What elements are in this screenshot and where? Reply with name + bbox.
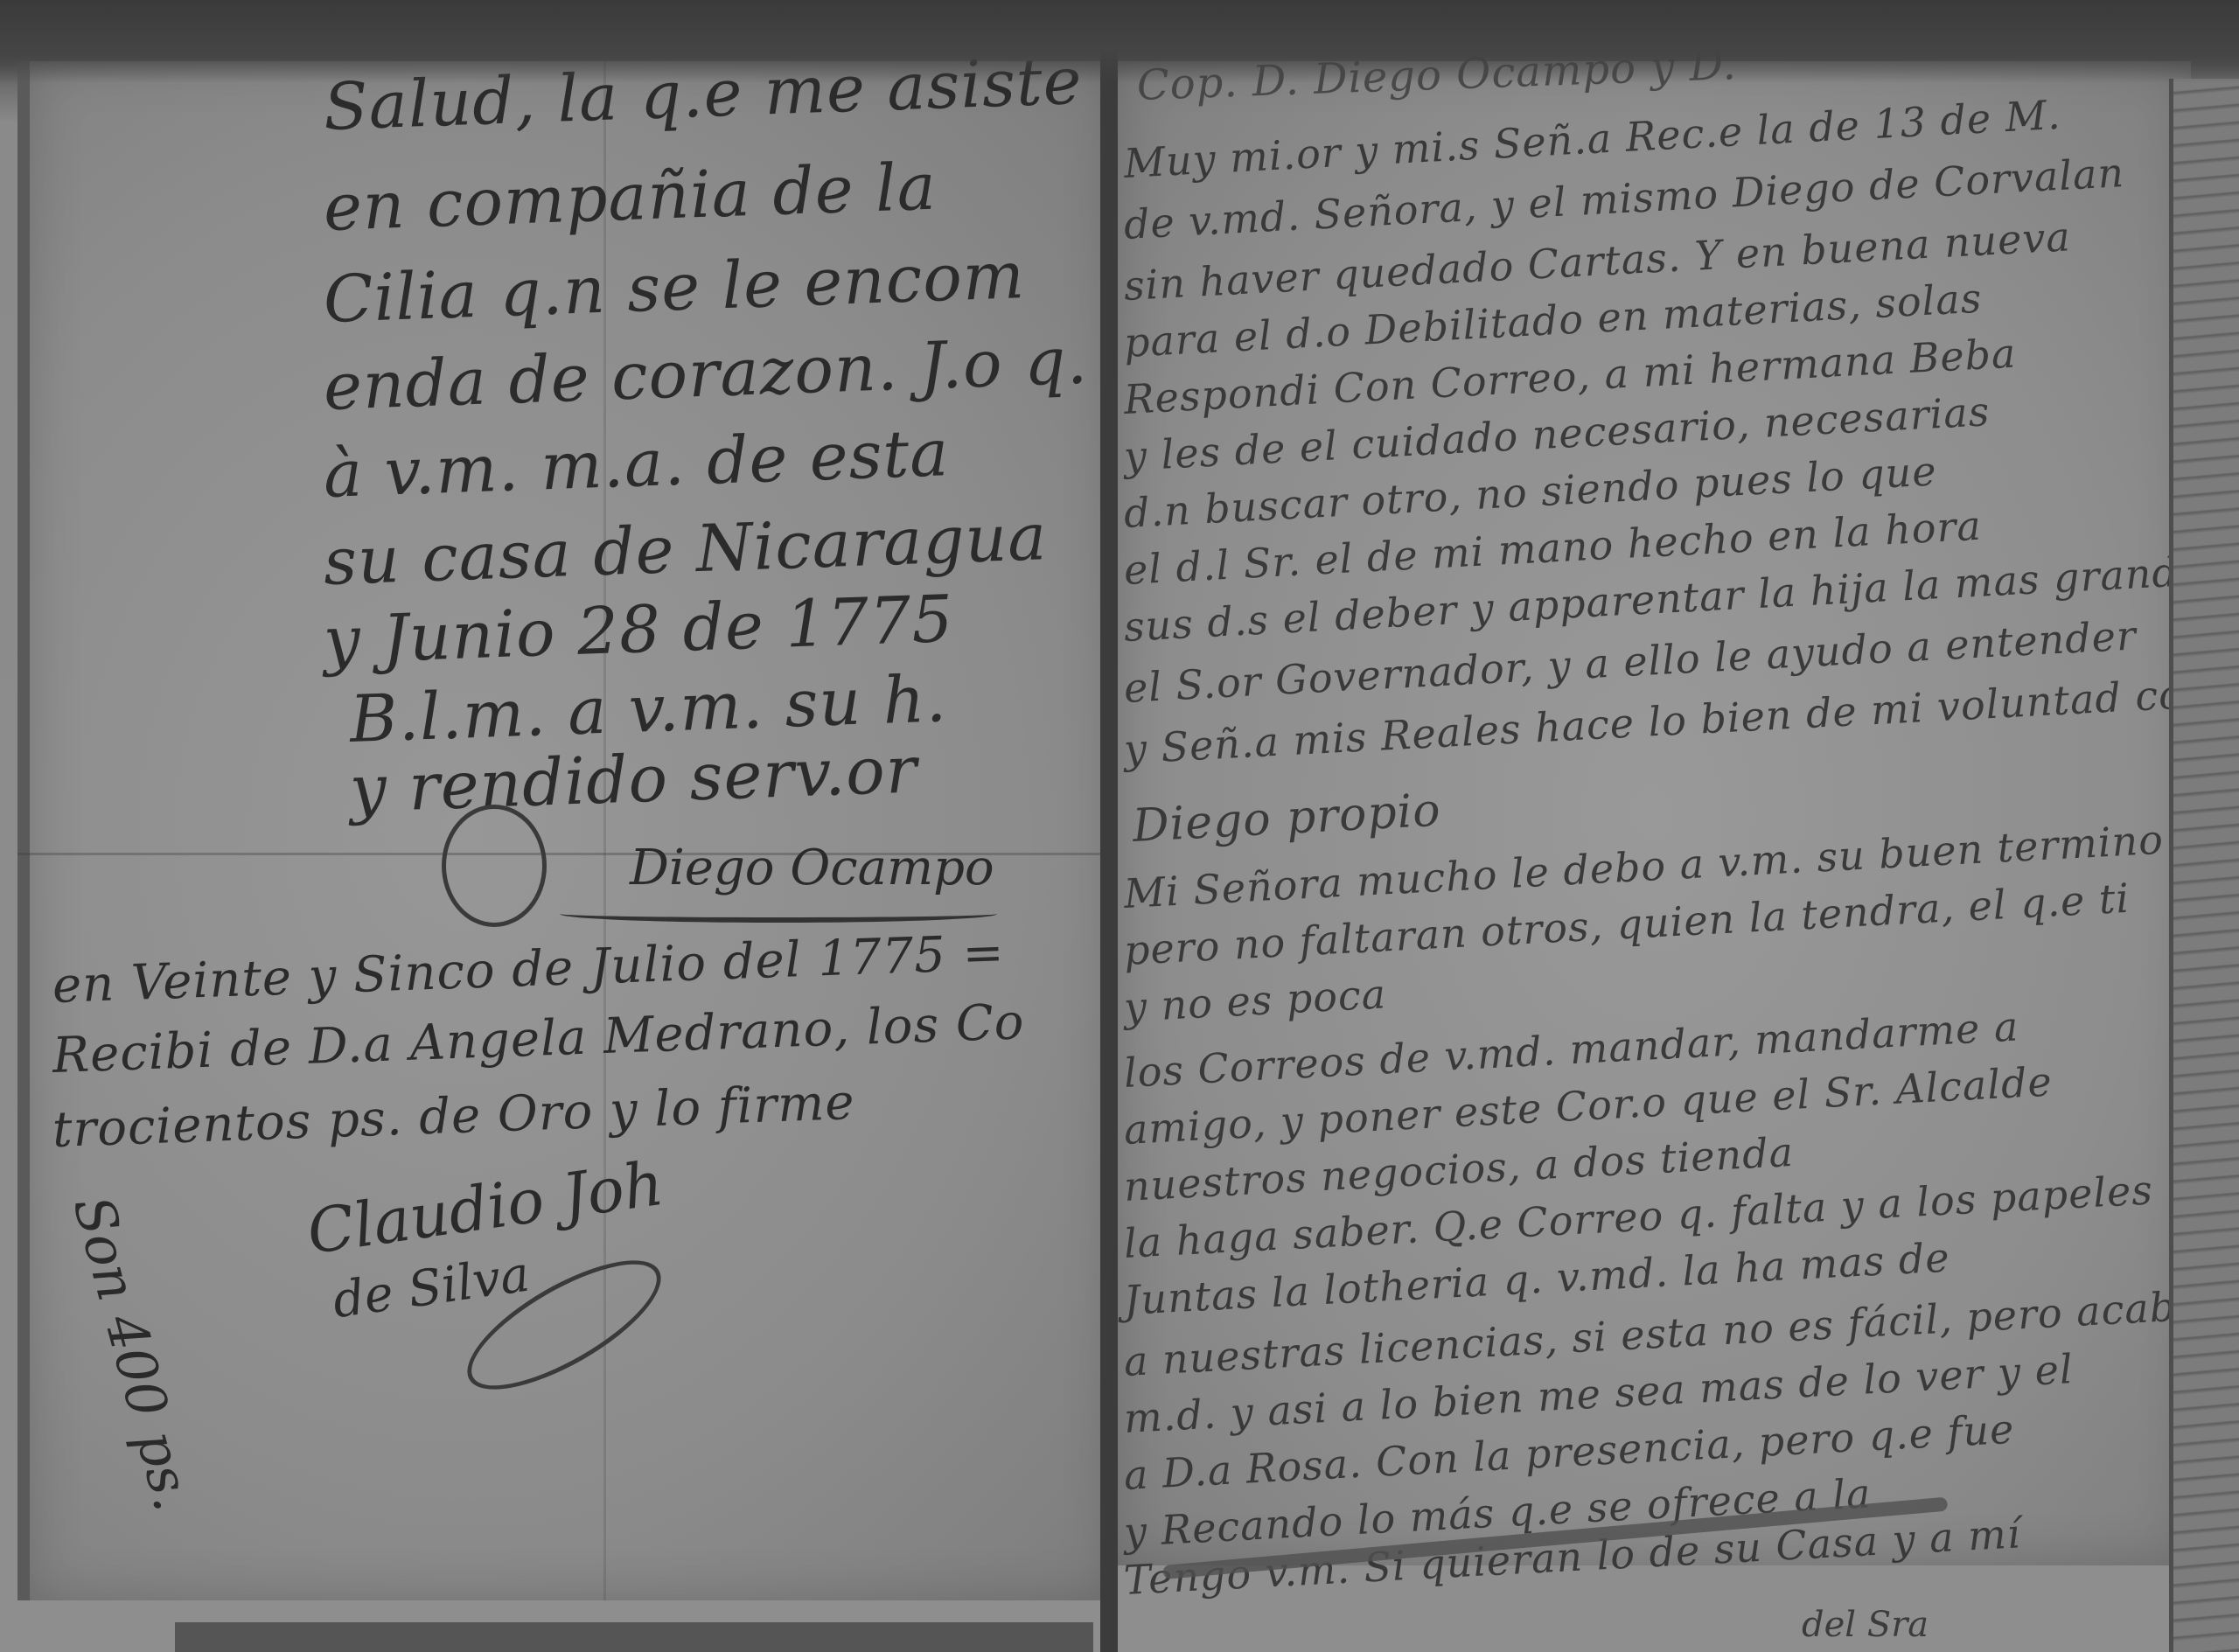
bottom-shadow	[175, 1622, 1093, 1652]
signature-flourish	[560, 905, 997, 923]
top-shadow	[0, 0, 2239, 83]
manuscript-scan: Salud, la q.e me asiste en compañia de l…	[0, 0, 2239, 1652]
bottom-fragment: del Sra	[1802, 1605, 1929, 1645]
signature-diego-ocampo: Diego Ocampo	[630, 840, 994, 896]
stacked-page-edges	[2169, 79, 2239, 1652]
book-gutter	[1100, 35, 1118, 1652]
signature-rubric-loop	[442, 805, 547, 927]
